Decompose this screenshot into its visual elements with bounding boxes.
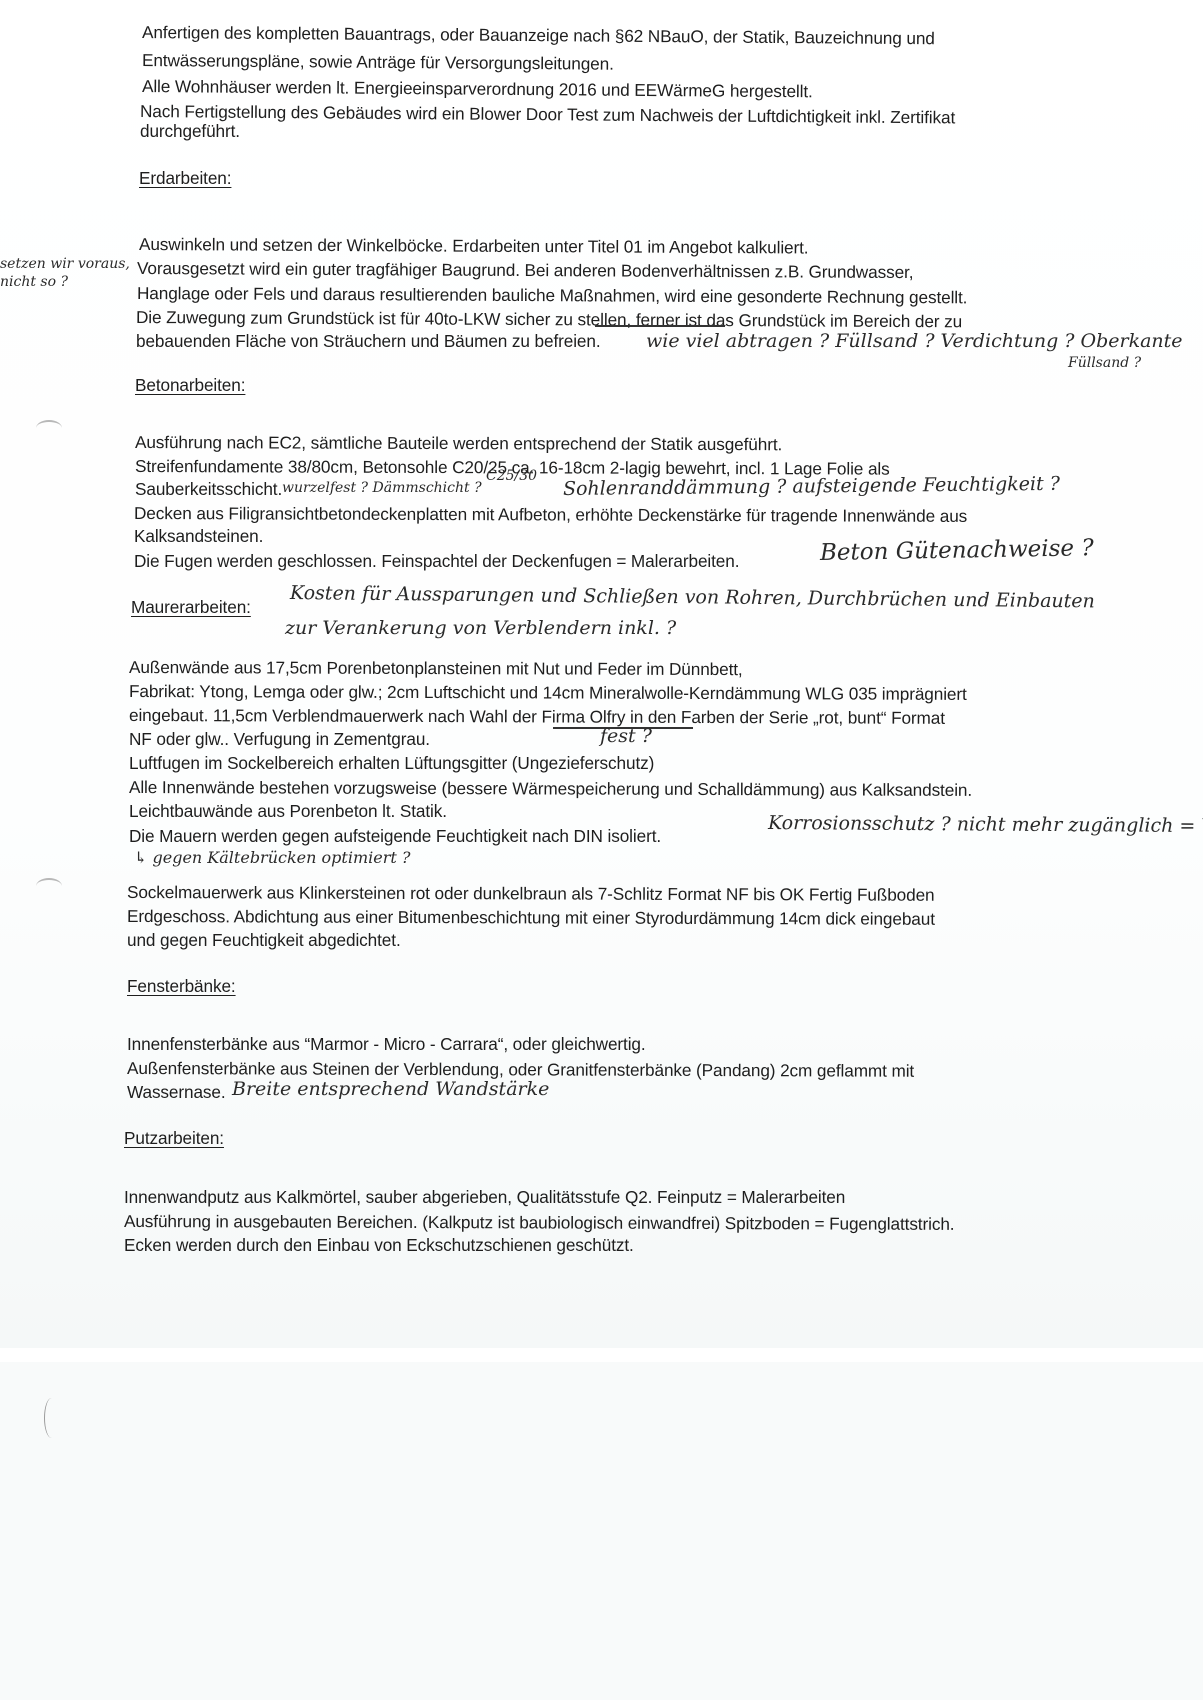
text-line: Sauberkeitsschicht. [135,479,282,499]
handwritten-note: ↳ gegen Kältebrücken optimiert ? [134,850,410,866]
punch-hole-mark [36,420,62,436]
text-line: eingebaut. 11,5cm Verblendmauerwerk nach… [129,705,945,728]
text-line: Kalksandsteinen. [134,526,263,546]
text-line: durchgeführt. [140,121,240,141]
text-line: Alle Innenwände bestehen vorzugsweise (b… [129,777,972,800]
section-heading: Fensterbänke: [127,976,236,996]
punch-hole-mark [36,878,62,894]
section-heading: Putzarbeiten: [124,1128,224,1148]
handwritten-note: zur Verankerung von Verblendern inkl. ? [285,617,676,639]
text-line: Innenfensterbänke aus “Marmor - Micro - … [127,1034,646,1054]
text-line: Luftfugen im Sockelbereich erhalten Lüft… [129,753,654,773]
handwritten-note: C25/30 [486,468,537,484]
text-line: Vorausgesetzt wird ein guter tragfähiger… [137,258,914,282]
handwritten-note: nicht so ? [0,274,68,290]
handwritten-underline [595,325,725,327]
scanned-page-lower [0,1362,1203,1700]
text-line: Auswinkeln und setzen der Winkelböcke. E… [139,234,809,258]
text-line: Wassernase. [127,1082,226,1102]
handwritten-note: wurzelfest ? Dämmschicht ? [282,480,482,496]
handwritten-note: Korrosionsschutz ? nicht mehr zugänglich… [768,812,1203,837]
page-separator [0,1348,1203,1362]
text-line: bebauenden Fläche von Sträuchern und Bäu… [136,331,601,351]
scan-edge-mark [44,1398,59,1438]
text-line: Sockelmauerwerk aus Klinkersteinen rot o… [127,882,935,905]
text-line: und gegen Feuchtigkeit abgedichtet. [127,930,401,950]
text-line: NF oder glw.. Verfugung in Zementgrau. [129,729,430,749]
text-line: Entwässerungspläne, sowie Anträge für Ve… [142,50,614,74]
text-line: Leichtbauwände aus Porenbeton lt. Statik… [129,801,447,821]
section-heading: Betonarbeiten: [135,375,245,395]
handwritten-note: Beton Gütenachweise ? [820,535,1094,566]
text-line: Ausführung nach EC2, sämtliche Bauteile … [135,432,782,454]
text-line: Die Mauern werden gegen aufsteigende Feu… [129,826,661,846]
text-line: Die Fugen werden geschlossen. Feinspacht… [134,551,739,571]
section-heading: Maurerarbeiten: [131,597,251,617]
handwritten-note: Breite entsprechend Wandstärke [232,1078,549,1100]
text-line: Decken aus Filigransichtbetondeckenplatt… [134,503,967,526]
text-line: Innenwandputz aus Kalkmörtel, sauber abg… [124,1187,845,1207]
text-line: Ausführung in ausgebauten Bereichen. (Ka… [124,1211,955,1234]
handwritten-note: fest ? [600,725,652,747]
handwritten-note: Füllsand ? [1068,355,1141,371]
text-line: Erdgeschoss. Abdichtung aus einer Bitume… [127,906,935,929]
handwritten-note: setzen wir voraus, [0,256,130,272]
section-heading: Erdarbeiten: [139,168,231,188]
handwritten-note: wie viel abtragen ? Füllsand ? Verdichtu… [646,330,1183,352]
text-line: Ecken werden durch den Einbau von Ecksch… [124,1235,634,1255]
text-line: Fabrikat: Ytong, Lemga oder glw.; 2cm Lu… [129,681,967,704]
text-line: Außenwände aus 17,5cm Porenbetonplanstei… [129,657,743,679]
